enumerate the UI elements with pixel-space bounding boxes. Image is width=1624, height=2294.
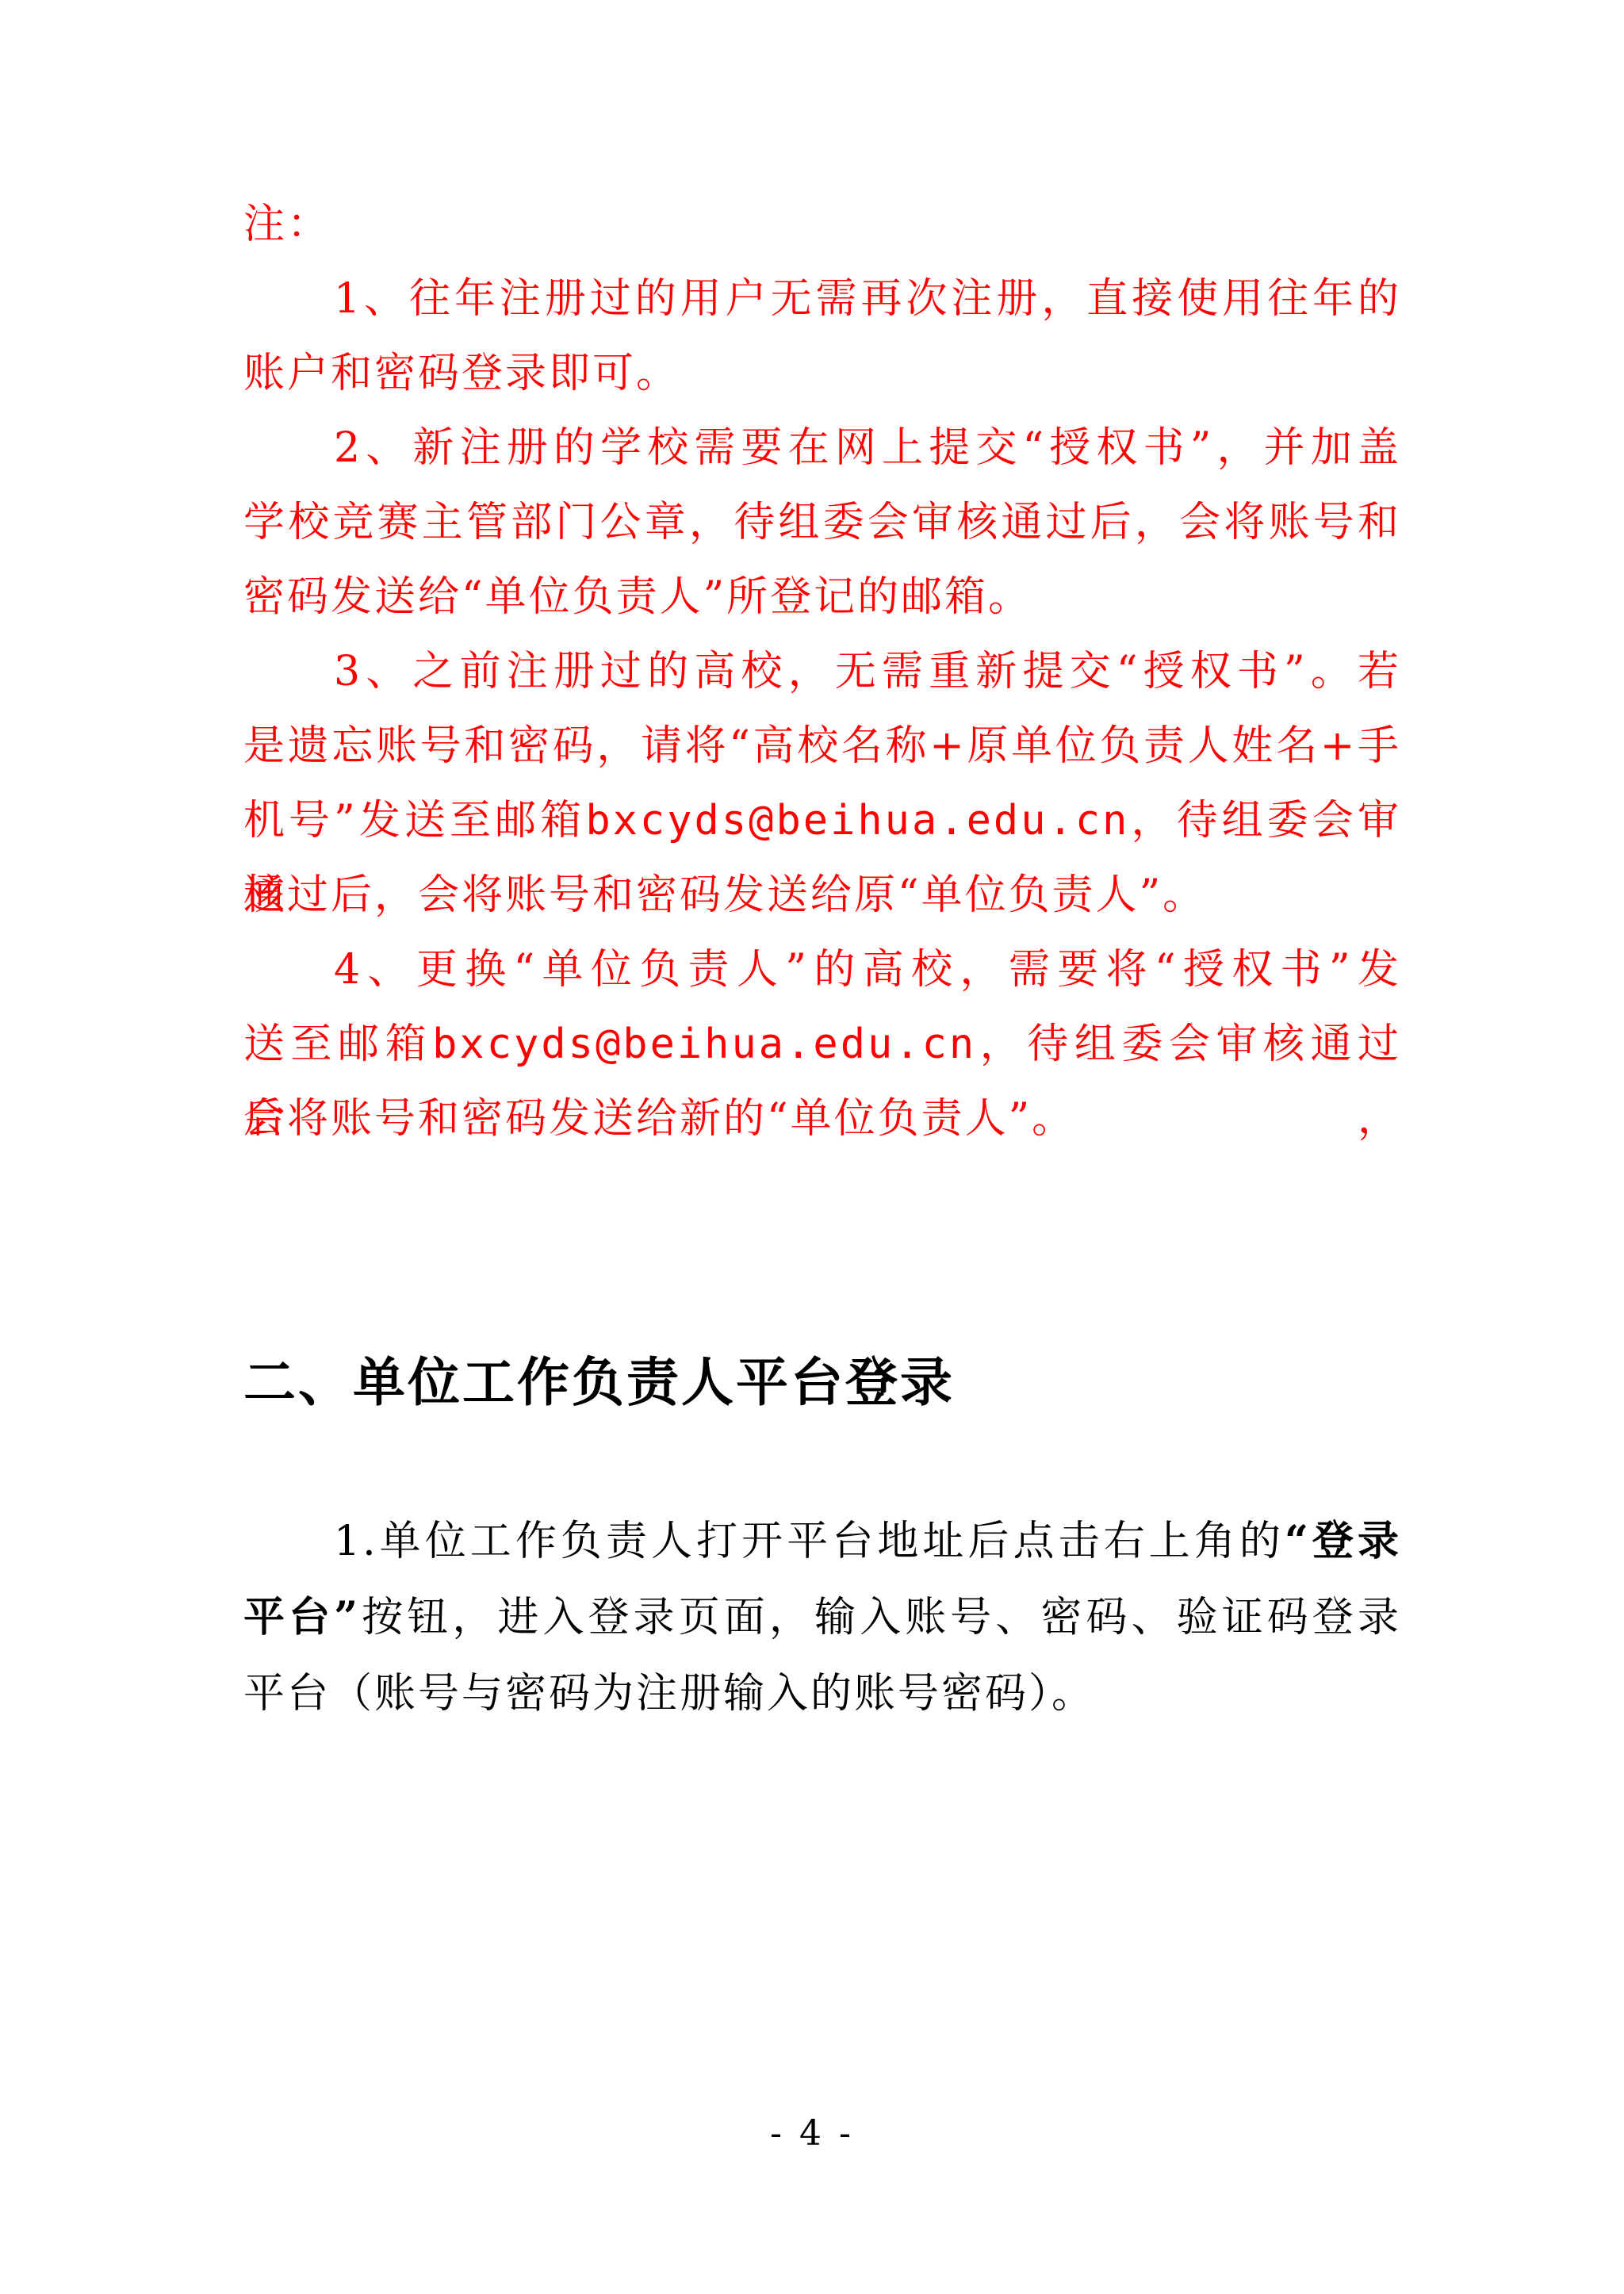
- note-4-line-2: 送至邮箱bxcyds@beihua.edu.cn，待组委会审核通过后，: [243, 1007, 1401, 1082]
- note-3-line-4: 通过后，会将账号和密码发送给原“单位负责人”。: [243, 858, 1401, 933]
- login-button-label-part-2: 平台”: [243, 1593, 360, 1641]
- note-2-line-1: 2、新注册的学校需要在网上提交“授权书”，并加盖: [243, 411, 1401, 485]
- note-2-line-2: 学校竞赛主管部门公章，待组委会审核通过后，会将账号和: [243, 485, 1401, 560]
- login-line-2: 平台”按钮，进入登录页面，输入账号、密码、验证码登录: [243, 1580, 1401, 1656]
- document-page: 注： 1、往年注册过的用户无需再次注册，直接使用往年的 账户和密码登录即可。 2…: [0, 0, 1624, 2294]
- notes-section: 注： 1、往年注册过的用户无需再次注册，直接使用往年的 账户和密码登录即可。 2…: [243, 187, 1401, 1156]
- note-1-line-2: 账户和密码登录即可。: [243, 336, 1401, 411]
- login-line-1-regular: 1.单位工作负责人打开平台地址后点击右上角的: [334, 1518, 1285, 1565]
- note-1-line-1: 1、往年注册过的用户无需再次注册，直接使用往年的: [243, 262, 1401, 336]
- note-3-line-1: 3、之前注册过的高校，无需重新提交“授权书”。若: [243, 634, 1401, 709]
- login-line-1: 1.单位工作负责人打开平台地址后点击右上角的“登录: [243, 1503, 1401, 1580]
- note-3-line-3-prefix: 机号”发送至邮箱: [243, 797, 585, 844]
- note-4-line-2-prefix: 送至邮箱: [243, 1021, 432, 1068]
- notes-label: 注：: [243, 187, 1401, 262]
- contact-email: bxcyds@beihua.edu.cn: [432, 1021, 976, 1068]
- note-3-line-3: 机号”发送至邮箱bxcyds@beihua.edu.cn，待组委会审核: [243, 783, 1401, 858]
- login-line-3: 平台（账号与密码为注册输入的账号密码）。: [243, 1656, 1401, 1732]
- note-2-line-3: 密码发送给“单位负责人”所登记的邮箱。: [243, 560, 1401, 634]
- section-title: 二、单位工作负责人平台登录: [243, 1348, 955, 1416]
- login-instructions: 1.单位工作负责人打开平台地址后点击右上角的“登录 平台”按钮，进入登录页面，输…: [243, 1503, 1401, 1732]
- page-number: - 4 -: [0, 2113, 1624, 2154]
- note-3-line-2: 是遗忘账号和密码，请将“高校名称+原单位负责人姓名+手: [243, 709, 1401, 783]
- login-button-label-part-1: “登录: [1285, 1517, 1401, 1565]
- contact-email: bxcyds@beihua.edu.cn: [585, 797, 1129, 844]
- note-4-line-1: 4、更换“单位负责人”的高校，需要将“授权书”发: [243, 933, 1401, 1007]
- login-line-2-regular: 按钮，进入登录页面，输入账号、密码、验证码登录: [360, 1594, 1401, 1641]
